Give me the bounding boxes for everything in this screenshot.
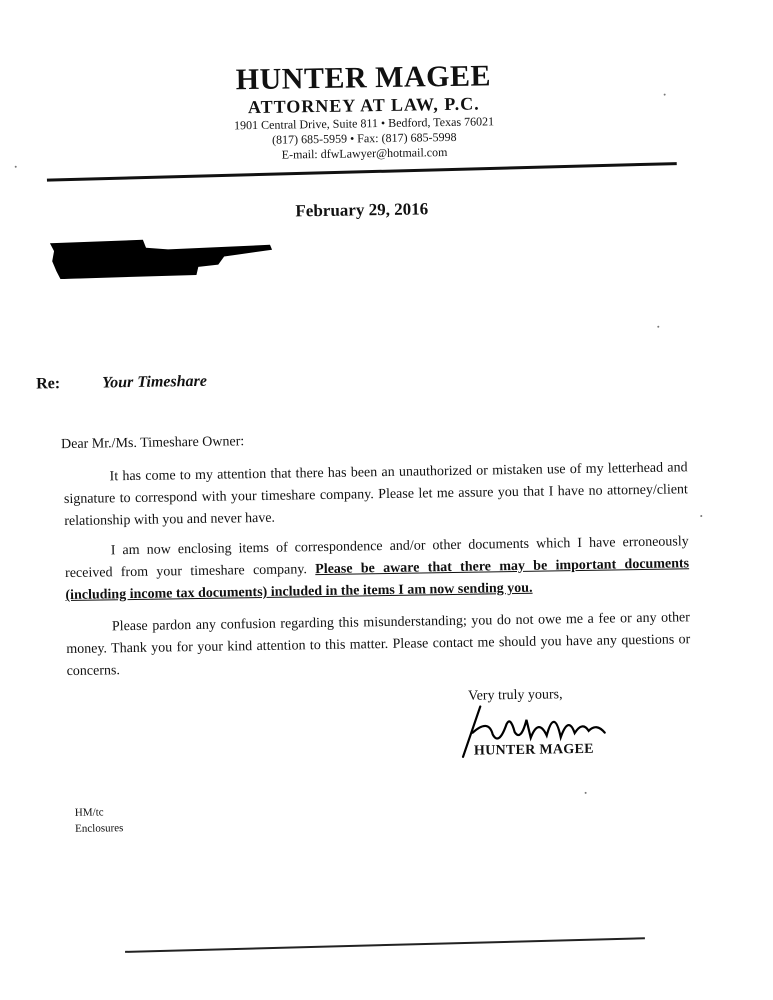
letterhead-divider xyxy=(47,162,677,181)
letterhead: HUNTER MAGEE ATTORNEY AT LAW, P.C. 1901 … xyxy=(193,60,535,164)
letter-page: HUNTER MAGEE ATTORNEY AT LAW, P.C. 1901 … xyxy=(0,0,773,1000)
salutation: Dear Mr./Ms. Timeshare Owner: xyxy=(61,434,244,453)
typist-initials: HM/tc xyxy=(75,804,124,821)
recipient-redaction xyxy=(48,234,274,280)
scan-speck xyxy=(15,166,17,168)
signer-name: HUNTER MAGEE xyxy=(474,742,594,760)
scan-speck xyxy=(700,515,702,517)
subject-label: Re: xyxy=(36,374,102,393)
letter-date: February 29, 2016 xyxy=(295,199,428,221)
body-paragraph-3: Please pardon any confusion regarding th… xyxy=(66,607,691,683)
paragraph-1-text: It has come to my attention that there h… xyxy=(64,460,688,529)
enclosures-note: Enclosures xyxy=(75,820,124,837)
scan-speck xyxy=(664,94,666,96)
firm-name: HUNTER MAGEE xyxy=(193,60,533,97)
scan-speck xyxy=(585,792,587,794)
body-paragraph-2: I am now enclosing items of corresponden… xyxy=(65,531,690,607)
reference-initials: HM/tc Enclosures xyxy=(75,804,124,837)
paragraph-2-emphasis: Please be aware that there may be import… xyxy=(65,556,689,603)
footer-divider xyxy=(125,937,645,953)
subject-line: Re:Your Timeshare xyxy=(36,373,207,394)
subject-text: Your Timeshare xyxy=(102,373,207,392)
scan-speck xyxy=(657,326,659,328)
body-paragraph-1: It has come to my attention that there h… xyxy=(63,457,688,533)
paragraph-3-text: Please pardon any confusion regarding th… xyxy=(66,610,690,679)
